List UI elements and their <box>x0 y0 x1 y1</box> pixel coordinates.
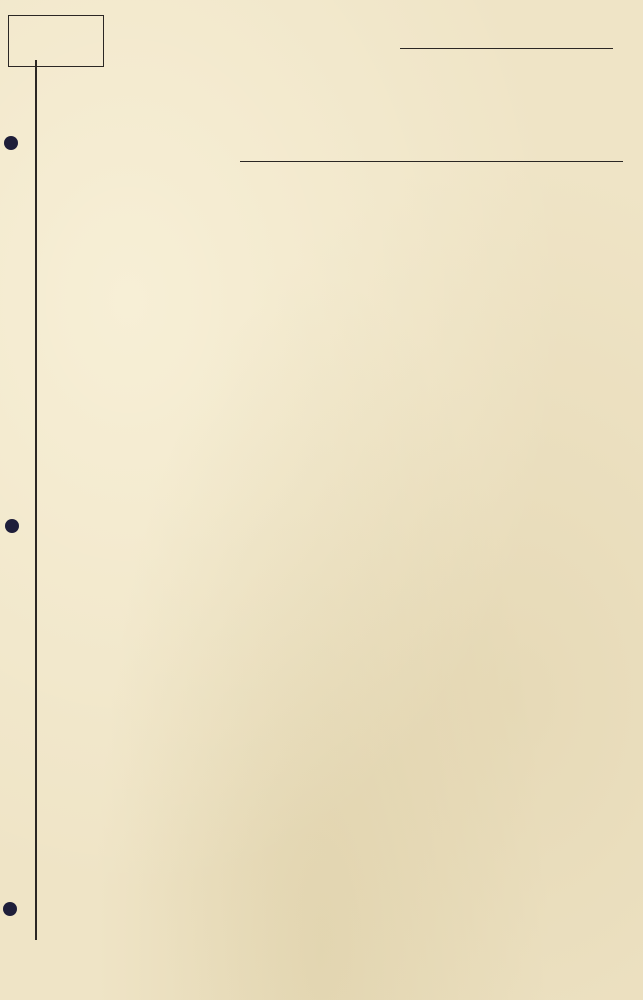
margin-line <box>35 60 37 940</box>
punch-hole <box>4 136 18 150</box>
punch-hole <box>3 902 17 916</box>
award-type-stamp <box>8 15 104 67</box>
punch-hole <box>5 519 19 533</box>
divider <box>400 48 613 49</box>
field-underline <box>240 161 623 162</box>
